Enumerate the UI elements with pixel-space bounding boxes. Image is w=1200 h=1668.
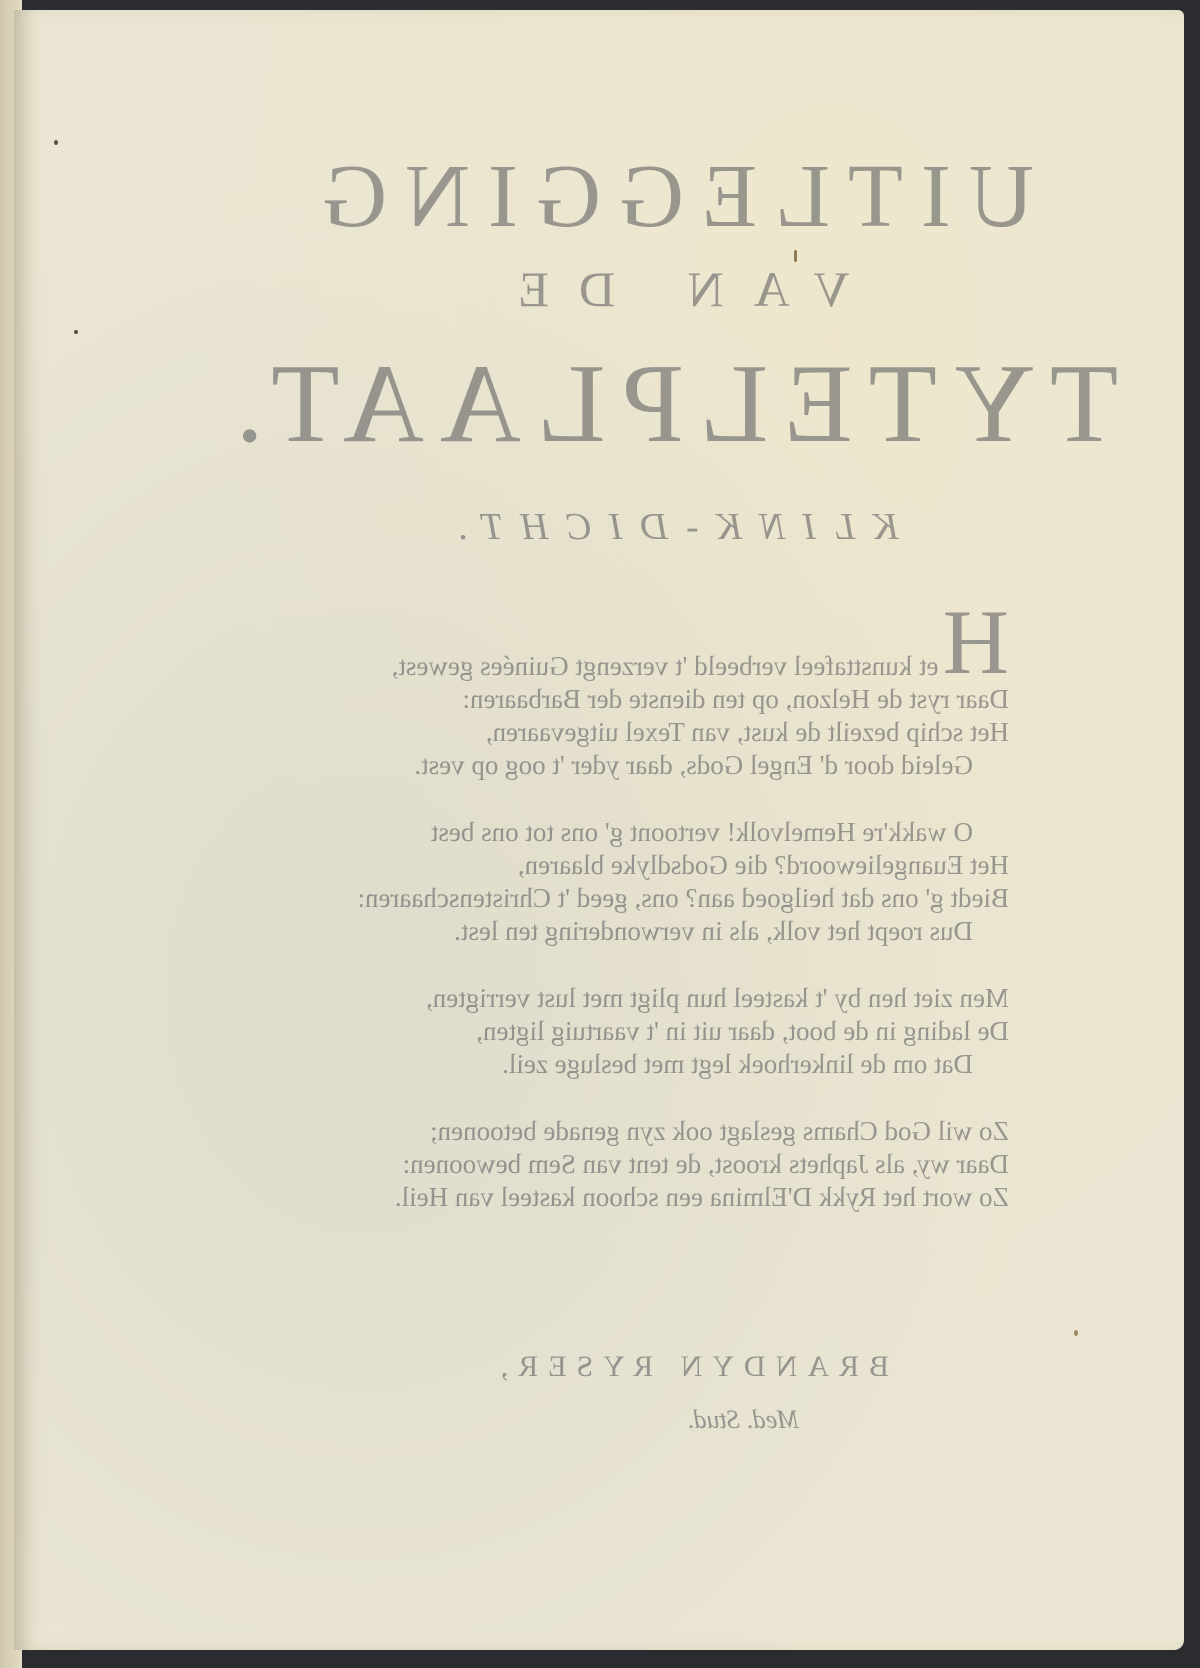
poem-line: Zo wort het Rykk D'Elmina een schoon kas… xyxy=(149,1181,1009,1214)
poem-line: Zo wil God Chams geslagt ook zyn genade … xyxy=(149,1115,1009,1148)
poem-line: Het schip bezeilt de kust, van Texel uit… xyxy=(149,716,1009,749)
poem-line: Men ziet hen by 't kasteel hun pligt met… xyxy=(149,982,1009,1015)
show-through-text-mirrored: UITLEGGING VAN DE TYTELPLAAT. KLINK-DICH… xyxy=(14,10,1184,1650)
author-title: Med. Stud. xyxy=(687,1405,1009,1435)
poem-line: Dat om de linkerhoek legt met besluge ze… xyxy=(149,1048,1009,1081)
paper-speck xyxy=(54,140,58,145)
title-van-de: VAN DE xyxy=(84,260,1200,318)
stanza-2: O wakk're Hemelvolk! vertoont g' ons tot… xyxy=(149,816,1009,948)
drop-cap: H xyxy=(943,602,1009,682)
poem-line: Geleid door d' Engel Gods, daar yder 't … xyxy=(149,749,1009,782)
title-uitlegging: UITLEGGING xyxy=(84,145,1200,248)
title-tytelplaat: TYTELPLAAT. xyxy=(84,340,1200,469)
stanza-1: H et kunsttafeel verbeeld 't verzengt Gu… xyxy=(149,650,1009,782)
poem-line: Dus roept het volk, als in verwondering … xyxy=(149,915,1009,948)
poem-line: et kunsttafeel verbeeld 't verzengt Guin… xyxy=(149,650,1009,683)
poem-line: Daar wy, als Japhets kroost, de tent van… xyxy=(149,1148,1009,1181)
book-page: UITLEGGING VAN DE TYTELPLAAT. KLINK-DICH… xyxy=(14,10,1184,1650)
stanza-3: Men ziet hen by 't kasteel hun pligt met… xyxy=(149,982,1009,1081)
paper-speck xyxy=(74,330,78,334)
poem-line: Biedt g' ons dat heilgoed aan? ons, geed… xyxy=(149,882,1009,915)
author-signature: BRANDYN RYSER, xyxy=(491,1350,1009,1384)
stanza-4: Zo wil God Chams geslagt ook zyn genade … xyxy=(149,1115,1009,1214)
poem-line: O wakk're Hemelvolk! vertoont g' ons tot… xyxy=(149,816,1009,849)
poem-line: De lading in de boot, daar uit in 't vaa… xyxy=(149,1015,1009,1048)
subtitle-klink-dicht: KLINK-DICHT. xyxy=(84,505,1200,549)
poem: H et kunsttafeel verbeeld 't verzengt Gu… xyxy=(149,650,1009,1248)
paper-speck xyxy=(794,250,797,262)
paper-speck xyxy=(1074,1330,1078,1336)
poem-line: Daar ryst de Helzon, op ten dienste der … xyxy=(149,683,1009,716)
poem-line: Het Euangeliewoord? die Godsdlyke blaare… xyxy=(149,849,1009,882)
